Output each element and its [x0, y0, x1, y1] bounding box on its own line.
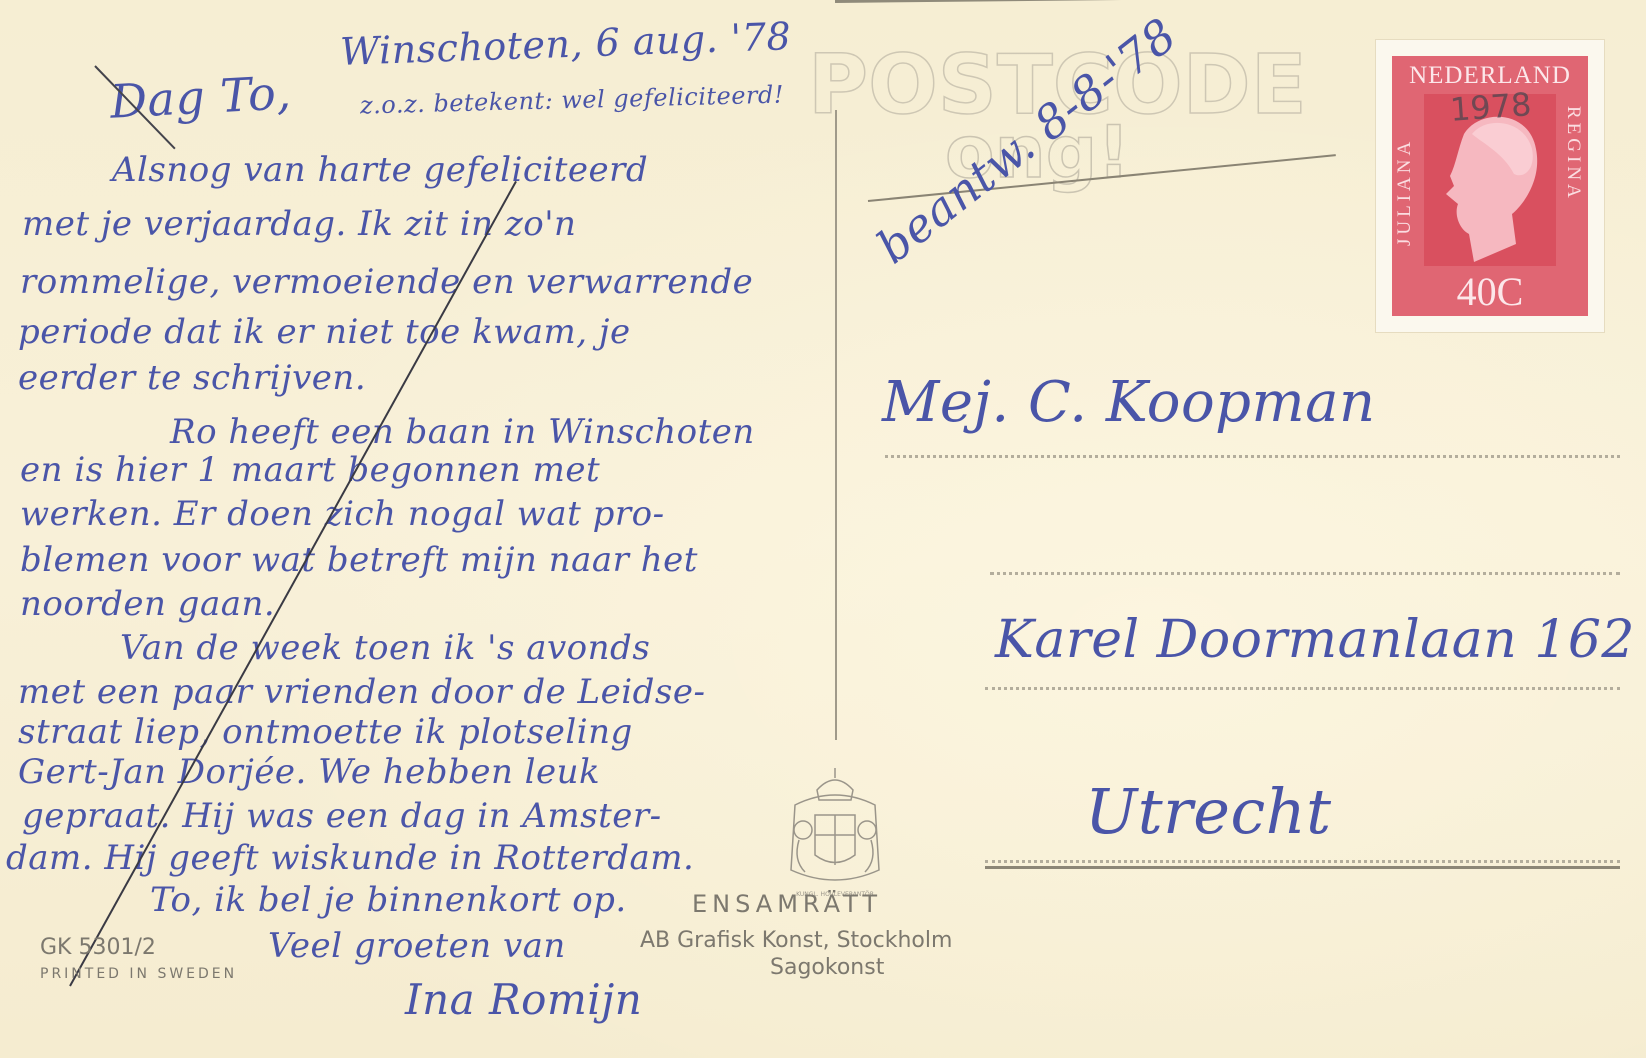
stamp-country: NEDERLAND	[1392, 62, 1588, 90]
letter-line: Gert-Jan Dorjée. We hebben leuk	[18, 752, 600, 792]
address-line-4-solid	[985, 866, 1620, 869]
address-street: Karel Doormanlaan 162	[995, 610, 1635, 670]
letter-line: met een paar vrienden door de Leidse-	[18, 672, 705, 712]
printed-in: PRINTED IN SWEDEN	[40, 966, 237, 982]
letter-line: Alsnog van harte gefeliciteerd	[112, 150, 648, 190]
stamp-right-text: REGINA	[1562, 106, 1584, 202]
place-date: Winschoten, 6 aug. '78	[339, 14, 791, 74]
postscript-note: z.o.z. betekent: wel gefeliciteerd!	[360, 80, 785, 119]
letter-line: rommelige, vermoeiende en verwarrende	[20, 262, 753, 302]
stamp-value: 40C	[1392, 268, 1588, 315]
letter-line: eerder te schrijven.	[18, 358, 366, 398]
letter-line: straat liep, ontmoette ik plotseling	[18, 712, 633, 752]
address-name: Mej. C. Koopman	[882, 370, 1376, 435]
postcard-back: Winschoten, 6 aug. '78 Dag To, z.o.z. be…	[0, 0, 1646, 1058]
address-line-2	[990, 572, 1620, 575]
imprint-series: Sagokonst	[770, 955, 884, 980]
letter-line: werken. Er doen zich nogal wat pro-	[20, 494, 665, 534]
royal-crest-icon: KUNGL. HOVLEVERANTÖR	[775, 760, 895, 900]
letter-line: en is hier 1 maart begonnen met	[20, 450, 600, 490]
address-line-1	[885, 455, 1620, 458]
letter-line: dam. Hij geeft wiskunde in Rotterdam.	[6, 838, 694, 878]
vertical-divider	[835, 110, 837, 740]
imprint-rights: ENSAMRÄTT	[692, 890, 882, 918]
stamp-left-text: JULIANA	[1394, 138, 1416, 246]
letter-line: Van de week toen ik 's avonds	[120, 628, 650, 668]
letter-line: Veel groeten van	[268, 926, 566, 966]
letter-line: periode dat ik er niet toe kwam, je	[18, 312, 631, 352]
catalog-number: GK 5301/2	[40, 935, 156, 960]
address-line-3	[985, 687, 1620, 690]
letter-line: noorden gaan.	[20, 584, 275, 624]
postmark-year: 1978	[1449, 85, 1533, 129]
letter-line: blemen voor wat betreft mijn naar het	[20, 540, 698, 580]
postage-stamp: NEDERLAND JULIANA REGINA 40C	[1376, 40, 1604, 332]
address-line-4-dotted	[985, 860, 1620, 863]
signature: Ina Romijn	[405, 975, 642, 1024]
letter-line: To, ik bel je binnenkort op.	[150, 880, 627, 920]
letter-line: gepraat. Hij was een dag in Amster-	[22, 796, 662, 836]
top-edge-line	[835, 0, 1395, 9]
coat-of-arms: KUNGL. HOVLEVERANTÖR	[775, 760, 895, 900]
imprint-publisher: AB Grafisk Konst, Stockholm	[640, 928, 952, 953]
letter-line: Ro heeft een baan in Winschoten	[170, 412, 755, 452]
address-city: Utrecht	[1085, 775, 1332, 848]
salutation: Dag To,	[109, 65, 293, 128]
